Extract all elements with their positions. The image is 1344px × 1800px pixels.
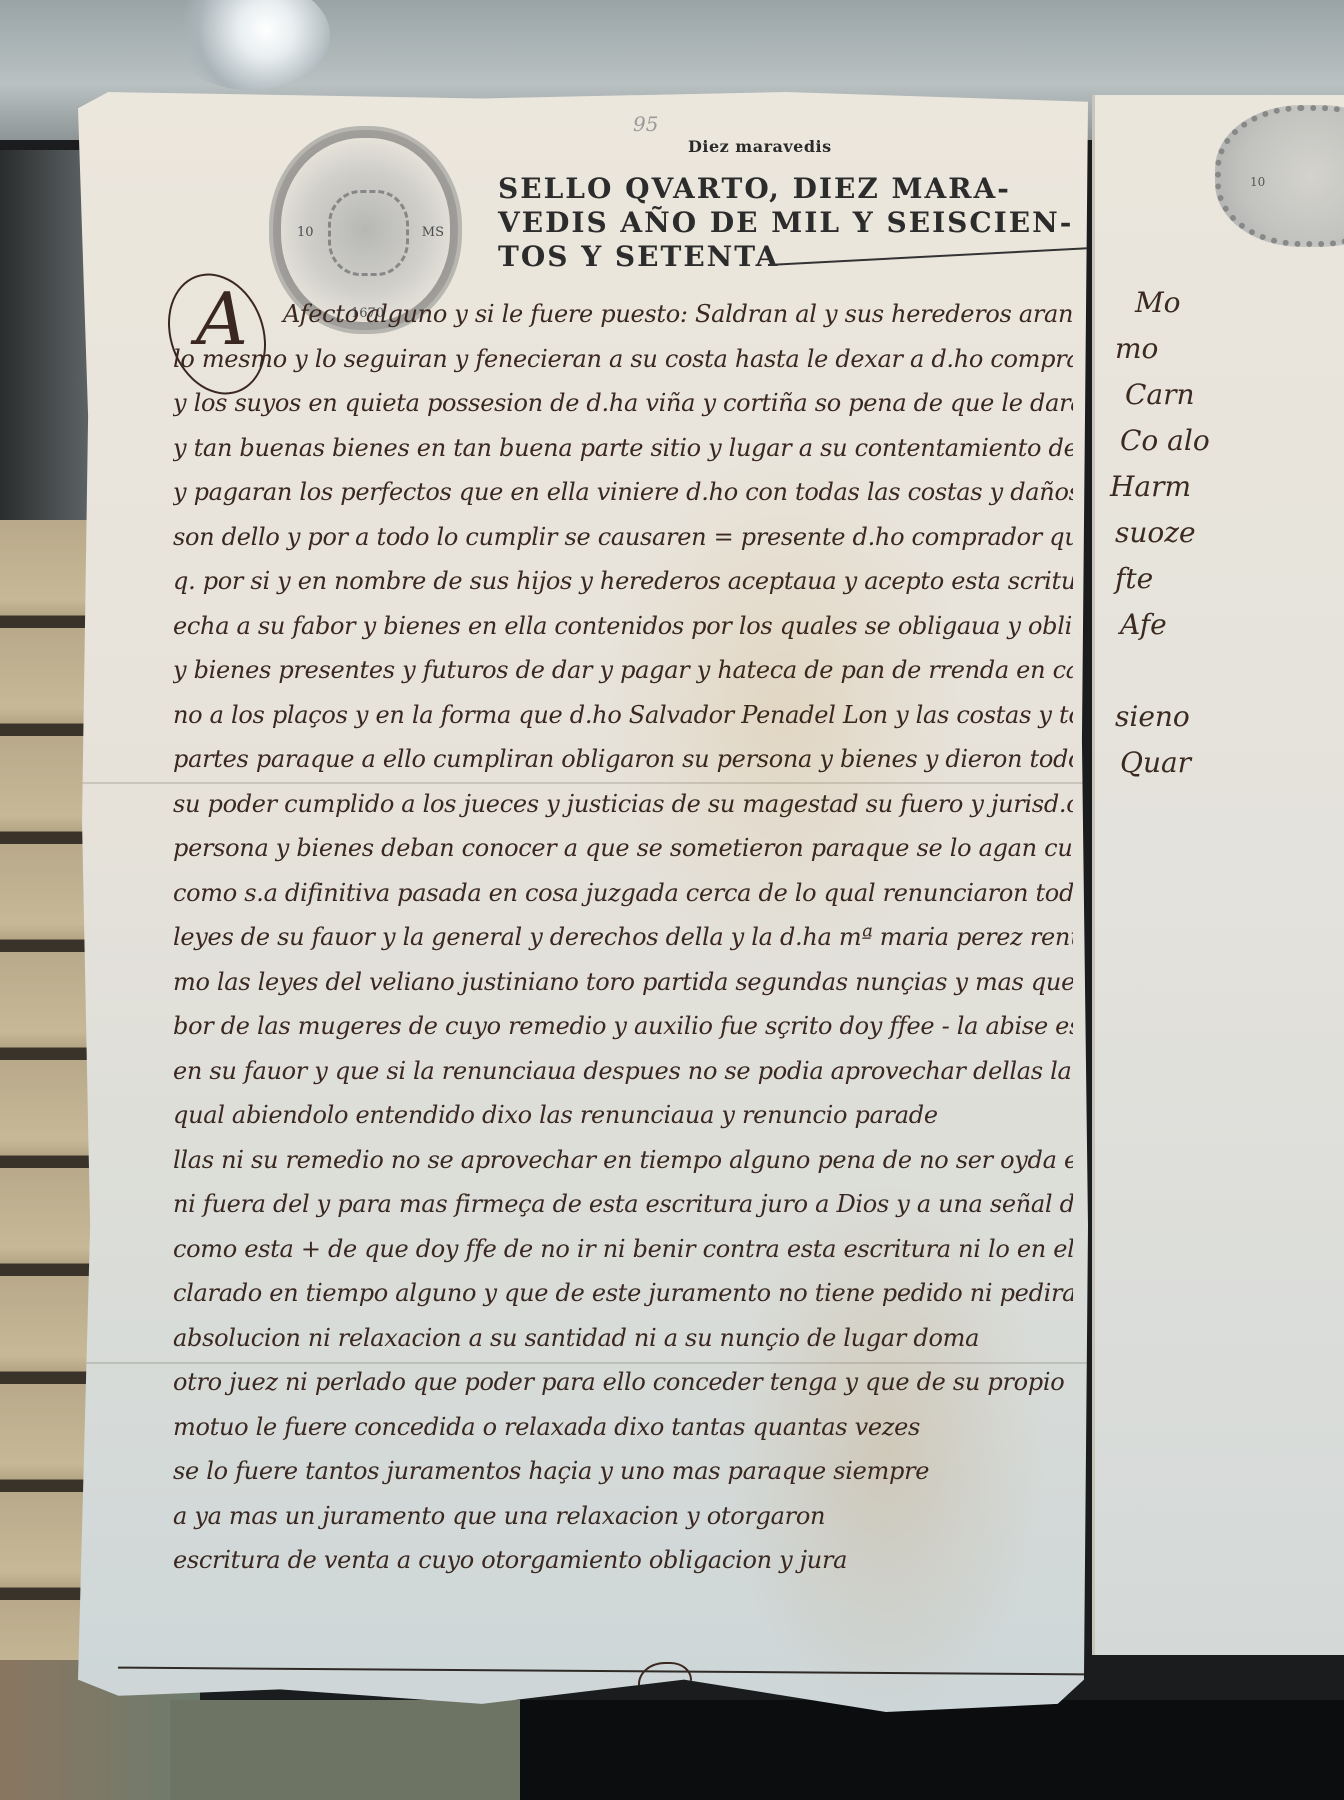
handwritten-fragment: Co alo bbox=[1105, 418, 1344, 464]
manuscript-page: 95 Diez maravedis 10 MS 1670 SELLO QVART… bbox=[78, 92, 1088, 1712]
closing-rule bbox=[118, 1667, 1088, 1676]
handwritten-line: y los suyos en quieta possesion de d.ha … bbox=[173, 381, 1073, 426]
royal-seal-stamp-partial bbox=[1215, 105, 1344, 247]
handwritten-line: como s.a difinitiva pasada en cosa juzga… bbox=[173, 871, 1073, 916]
handwritten-line: partes paraque a ello cumpliran obligaro… bbox=[173, 737, 1073, 782]
handwritten-line: motuo le fuere concedida o relaxada dixo… bbox=[173, 1405, 1073, 1450]
background-bottom-mid bbox=[170, 1700, 530, 1800]
page-number-mark: 95 bbox=[633, 112, 658, 136]
stamp-number-left: 10 bbox=[297, 225, 314, 240]
coat-of-arms-icon bbox=[328, 190, 409, 276]
adjacent-page-text: Mo mo Carn Co alo Harm suoze fte Afe sie… bbox=[1105, 280, 1344, 786]
handwritten-fragment: mo bbox=[1105, 326, 1344, 372]
handwritten-line: otro juez ni perlado que poder para ello… bbox=[173, 1360, 1073, 1405]
handwritten-line: y pagaran los perfectos que en ella vini… bbox=[173, 470, 1073, 515]
handwritten-fragment: sieno bbox=[1105, 694, 1344, 740]
handwritten-line: a ya mas un juramento que una relaxacion… bbox=[173, 1494, 1073, 1539]
handwritten-fragment: Afe bbox=[1105, 602, 1344, 648]
handwritten-line: como esta + de que doy ffe de no ir ni b… bbox=[173, 1227, 1073, 1272]
handwritten-line: llas ni su remedio no se aprovechar en t… bbox=[173, 1138, 1073, 1183]
handwritten-line: y bienes presentes y futuros de dar y pa… bbox=[173, 648, 1073, 693]
handwritten-line: persona y bienes deban conocer a que se … bbox=[173, 826, 1073, 871]
handwritten-line: en su fauor y que si la renunciaua despu… bbox=[173, 1049, 1073, 1094]
handwritten-line: bor de las mugeres de cuyo remedio y aux… bbox=[173, 1004, 1073, 1049]
printed-line: VEDIS AÑO DE MIL Y SEISCIEN- bbox=[498, 206, 1073, 240]
stamp-number-right: MS bbox=[422, 225, 444, 240]
handwritten-fragment: fte bbox=[1105, 556, 1344, 602]
handwritten-line: absolucion ni relaxacion a su santidad n… bbox=[173, 1316, 1073, 1361]
stamp-value-label: Diez maravedis bbox=[688, 137, 832, 156]
printed-line: SELLO QVARTO, DIEZ MARA- bbox=[498, 172, 1073, 206]
handwritten-line: Afecto alguno y si le fuere puesto: Sald… bbox=[173, 292, 1073, 337]
handwritten-line: lo mesmo y lo seguiran y fenecieran a su… bbox=[173, 337, 1073, 382]
printed-line: TOS Y SETENTA bbox=[498, 240, 1073, 274]
background-bottom-dark bbox=[520, 1700, 1344, 1800]
handwritten-line: q. por si y en nombre de sus hijos y her… bbox=[173, 559, 1073, 604]
handwritten-line: qual abiendolo entendido dixo las renunc… bbox=[173, 1093, 1073, 1138]
handwritten-fragment: Quar bbox=[1105, 740, 1344, 786]
handwritten-line: mo las leyes del veliano justiniano toro… bbox=[173, 960, 1073, 1005]
handwritten-line: ni fuera del y para mas firmeça de esta … bbox=[173, 1182, 1073, 1227]
handwritten-fragment: suoze bbox=[1105, 510, 1344, 556]
handwritten-line: y tan buenas bienes en tan buena parte s… bbox=[173, 426, 1073, 471]
handwritten-line: son dello y por a todo lo cumplir se cau… bbox=[173, 515, 1073, 560]
handwritten-fragment: Harm bbox=[1105, 464, 1344, 510]
adjacent-page: 10 Mo mo Carn Co alo Harm suoze fte Afe … bbox=[1092, 95, 1344, 1655]
handwritten-text: Afecto alguno y si le fuere puesto: Sald… bbox=[173, 292, 1073, 1583]
handwritten-fragment bbox=[1105, 648, 1344, 694]
handwritten-line: escritura de venta a cuyo otorgamiento o… bbox=[173, 1538, 1073, 1583]
stamp-number-left: 10 bbox=[1250, 175, 1265, 189]
handwritten-line: se lo fuere tantos juramentos haçia y un… bbox=[173, 1449, 1073, 1494]
handwritten-line: su poder cumplido a los jueces y justici… bbox=[173, 782, 1073, 827]
handwritten-fragment: Carn bbox=[1105, 372, 1344, 418]
handwritten-line: no a los plaços y en la forma que d.ho S… bbox=[173, 693, 1073, 738]
handwritten-line: echa a su fabor y bienes en ella conteni… bbox=[173, 604, 1073, 649]
handwritten-line: leyes de su fauor y la general y derecho… bbox=[173, 915, 1073, 960]
handwritten-fragment: Mo bbox=[1105, 280, 1344, 326]
handwritten-line: clarado en tiempo alguno y que de este j… bbox=[173, 1271, 1073, 1316]
printed-stamp-header: SELLO QVARTO, DIEZ MARA- VEDIS AÑO DE MI… bbox=[498, 172, 1073, 274]
